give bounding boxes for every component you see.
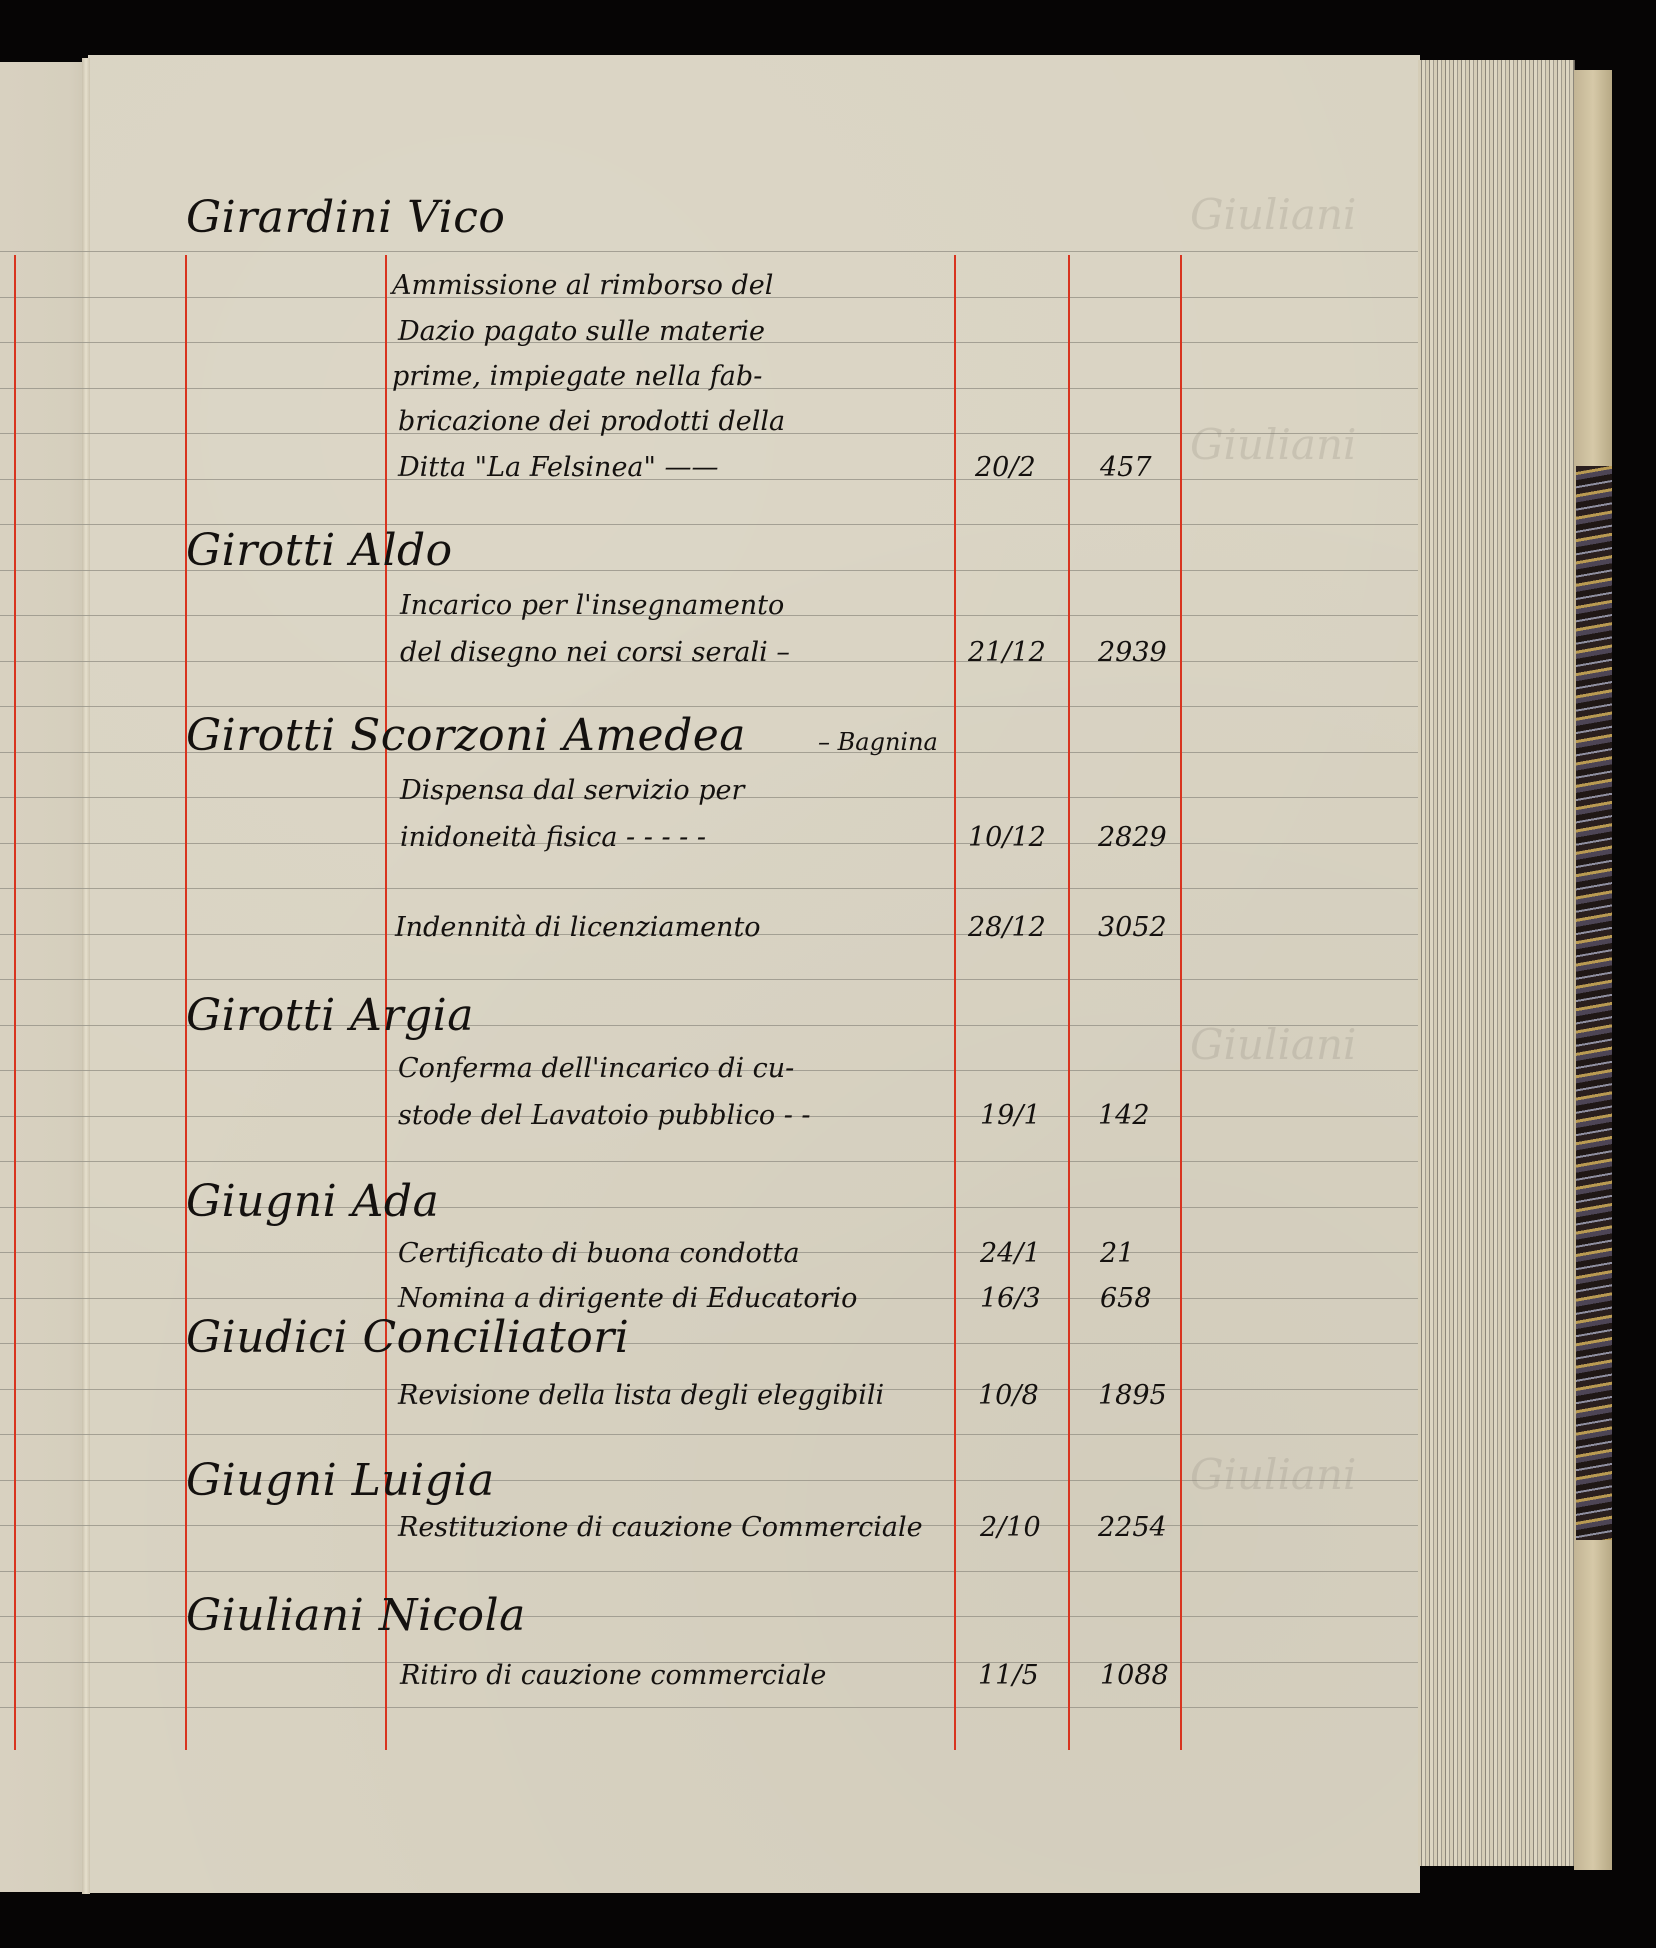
entry-description-line: Conferma dell'incarico di cu- [398,1053,794,1084]
entry-description-line: prime, impiegate nella fab- [392,361,762,392]
entry-date: 16/3 [980,1283,1041,1314]
entry-number: 21 [1100,1238,1134,1269]
entry-name: Girotti Aldo [186,525,453,576]
date-column-rule [954,255,956,1750]
show-through-text: Giuliani [1190,1450,1356,1499]
entry-description-line: Revisione della lista degli eleggibili [398,1380,884,1411]
ruled-line [0,1161,1418,1162]
entry-name: Girotti Argia [186,990,474,1041]
entry-date: 19/1 [980,1100,1041,1131]
ruled-line [0,888,1418,889]
entry-description-line: Indennità di licenziamento [395,912,761,943]
show-through-text: Giuliani [1190,420,1356,469]
entry-number: 1895 [1098,1380,1167,1411]
entry-description-line: Ritiro di cauzione commerciale [400,1660,826,1691]
ruled-line [0,1434,1418,1435]
entry-number: 2829 [1098,822,1167,853]
entry-number: 142 [1098,1100,1150,1131]
entry-description-line: inidoneità fisica - - - - - [400,822,706,853]
left-page [0,62,86,1892]
entry-date: 28/12 [968,912,1046,943]
entry-date: 11/5 [978,1660,1039,1691]
entry-description-line: stode del Lavatoio pubblico - - [398,1100,811,1131]
ruled-line [0,1707,1418,1708]
left-page-margin-rule [14,255,16,1750]
entry-date: 2/10 [980,1512,1041,1543]
book-gutter [82,58,90,1894]
entry-name: Girardini Vico [186,192,505,243]
ruled-line [0,843,1418,844]
entry-date: 10/8 [978,1380,1039,1411]
entry-description-line: Restituzione di cauzione Commerciale [398,1512,923,1543]
ruled-line [0,706,1418,707]
entry-description-line: Certificato di buona condotta [398,1238,800,1269]
ruled-line [0,1571,1418,1572]
show-through-text: Giuliani [1190,190,1356,239]
entry-description-line: Ditta "La Felsinea" —— [398,452,719,483]
entry-number: 2254 [1098,1512,1167,1543]
entry-date: 21/12 [968,637,1046,668]
entry-name: Giugni Luigia [186,1455,495,1506]
entry-name: Giudici Conciliatori [186,1312,629,1363]
entry-number: 2939 [1098,637,1167,668]
entry-description-line: Ammissione al rimborso del [392,270,773,301]
entry-date: 24/1 [980,1238,1041,1269]
entry-number: 1088 [1100,1660,1169,1691]
entry-name: Giugni Ada [186,1176,439,1227]
entry-name: Giuliani Nicola [186,1590,526,1641]
show-through-text: Giuliani [1190,1020,1356,1069]
ruled-line [0,251,1418,252]
entry-date: 10/12 [968,822,1046,853]
entry-description-line: Incarico per l'insegnamento [400,590,784,621]
marbled-cover [1576,466,1612,1540]
entry-number: 457 [1100,452,1152,483]
number-column-rule [1068,255,1070,1750]
entry-description-line: Dazio pagato sulle materie [398,316,765,347]
entry-role: – Bagnina [818,728,938,756]
entry-description-line: Dispensa dal servizio per [400,775,744,806]
right-margin-rule [1180,255,1182,1750]
entry-date: 20/2 [975,452,1036,483]
ruled-line [0,979,1418,980]
entry-description-line: Nomina a dirigente di Educatorio [398,1283,857,1314]
page-stack-edge [1418,60,1575,1866]
entry-name: Girotti Scorzoni Amedea [186,710,746,761]
entry-number: 3052 [1098,912,1167,943]
entry-description-line: del disegno nei corsi serali – [400,637,790,668]
entry-number: 658 [1100,1283,1152,1314]
entry-description-line: bricazione dei prodotti della [398,406,785,437]
